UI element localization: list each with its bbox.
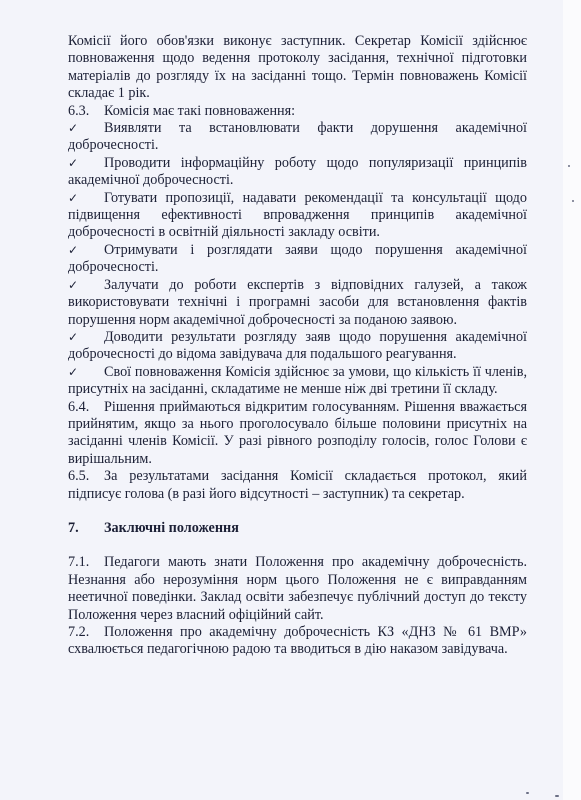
section-6-5: 6.5.За результатами засідання Комісії ск…	[68, 468, 527, 503]
checkmark-icon: ✓	[68, 329, 104, 346]
checkmark-icon: ✓	[68, 242, 104, 259]
list-item: ✓Виявляти та встановлювати факти дорушен…	[68, 120, 527, 155]
section-number: 6.4.	[68, 399, 104, 416]
intro-paragraph: Комісії його обов'язки виконує заступник…	[68, 33, 527, 103]
section-number: 6.5.	[68, 468, 104, 485]
scan-speck	[568, 165, 570, 167]
section-6-3: 6.3.Комісія має такі повноваження:	[68, 103, 527, 120]
scan-speck	[572, 200, 574, 202]
checkmark-icon: ✓	[68, 190, 104, 207]
list-item: ✓Доводити результати розгляду заяв щодо …	[68, 329, 527, 364]
document-page: Комісії його обов'язки виконує заступник…	[68, 33, 527, 659]
section-7-1: 7.1.Педагоги мають знати Положення про а…	[68, 554, 527, 624]
scan-speck	[555, 795, 559, 797]
checkmark-icon: ✓	[68, 120, 104, 137]
section-text: Комісія має такі повноваження:	[104, 103, 295, 119]
section-number: 7.1.	[68, 554, 104, 571]
list-item: ✓Залучати до роботи експертів з відповід…	[68, 277, 527, 329]
checkmark-icon: ✓	[68, 277, 104, 294]
list-item: ✓Проводити інформаційну роботу щодо попу…	[68, 155, 527, 190]
section-number: 7.2.	[68, 624, 104, 641]
section-number: 6.3.	[68, 103, 104, 120]
section-title: Заключні положення	[104, 520, 239, 536]
section-number: 7.	[68, 520, 104, 537]
section-7-heading: 7.Заключні положення	[68, 520, 527, 537]
section-6-4: 6.4.Рішення приймаються відкритим голосу…	[68, 399, 527, 469]
list-item: ✓Готувати пропозиції, надавати рекоменда…	[68, 190, 527, 242]
scan-speck	[526, 792, 529, 794]
section-7-2: 7.2.Положення про академічну доброчесніс…	[68, 624, 527, 659]
checkmark-icon: ✓	[68, 155, 104, 172]
checkmark-icon: ✓	[68, 364, 104, 381]
list-item: ✓Отримувати і розглядати заяви щодо пору…	[68, 242, 527, 277]
list-item: ✓Свої повноваження Комісія здійснює за у…	[68, 364, 527, 399]
scan-edge	[563, 0, 581, 800]
